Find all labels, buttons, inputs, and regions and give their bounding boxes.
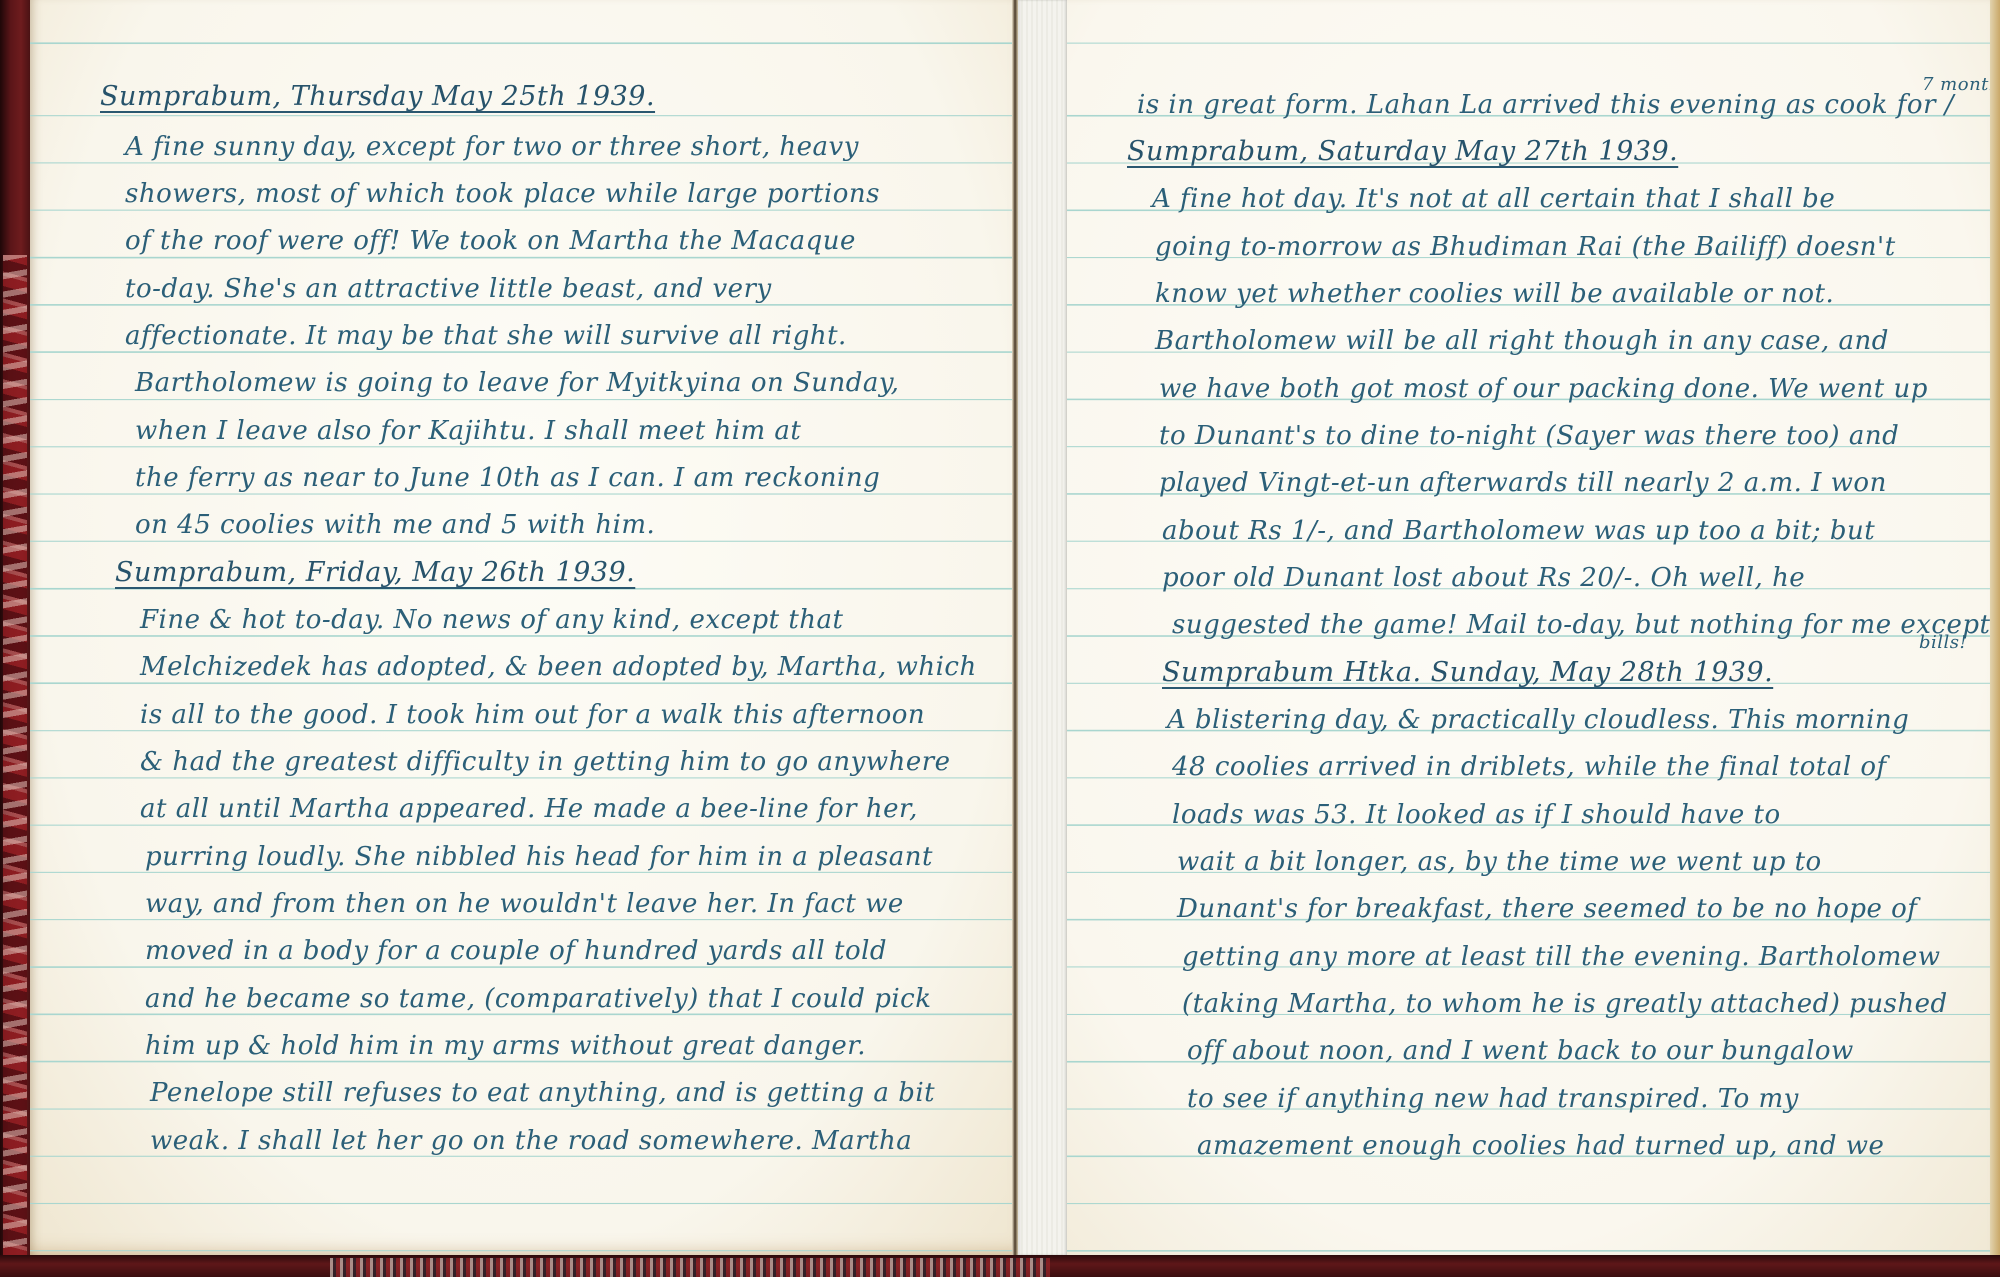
text-line: about Rs 1/-, and Bartholomew was up too…: [1162, 516, 1875, 546]
text-line: showers, most of which took place while …: [125, 179, 880, 209]
text-line: way, and from then on he wouldn't leave …: [145, 889, 904, 919]
binding-tape: [1018, 0, 1067, 1255]
text-line: know yet whether coolies will be availab…: [1155, 279, 1834, 309]
text-line: & had the greatest difficulty in getting…: [140, 747, 951, 777]
text-line: Penelope still refuses to eat anything, …: [150, 1078, 935, 1108]
text-line: purring loudly. She nibbled his head for…: [145, 842, 933, 872]
text-line: moved in a body for a couple of hundred …: [145, 936, 887, 966]
text-line: is in great form. Lahan La arrived this …: [1137, 90, 1954, 120]
text-line: Bartholomew will be all right though in …: [1155, 326, 1889, 356]
text-line: Fine & hot to-day. No news of any kind, …: [140, 605, 843, 635]
text-line: to see if anything new had transpired. T…: [1187, 1084, 1799, 1114]
text-line: when I leave also for Kajihtu. I shall m…: [135, 416, 801, 446]
text-line: poor old Dunant lost about Rs 20/-. Oh w…: [1162, 563, 1805, 593]
right-page: 7 months is in great form. Lahan La arri…: [1067, 0, 2000, 1255]
entry-heading: Sumprabum, Friday, May 26th 1939.: [115, 558, 635, 588]
entry-heading: Sumprabum Htka. Sunday, May 28th 1939.: [1162, 658, 1773, 688]
text-line: and he became so tame, (comparatively) t…: [145, 984, 931, 1014]
text-line: to Dunant's to dine to-night (Sayer was …: [1159, 421, 1899, 451]
trailing-note: bills!: [1919, 628, 1967, 658]
text-line: of the roof were off! We took on Martha …: [125, 226, 856, 256]
text-line: Bartholomew is going to leave for Myitky…: [135, 368, 899, 398]
marbled-endpaper-bottom: [330, 1258, 1050, 1277]
text-line: him up & hold him in my arms without gre…: [145, 1031, 866, 1061]
text-line: Melchizedek has adopted, & been adopted …: [140, 652, 977, 682]
text-line: to-day. She's an attractive little beast…: [125, 274, 772, 304]
text-line: Dunant's for breakfast, there seemed to …: [1177, 894, 1917, 924]
text-line: (taking Martha, to whom he is greatly at…: [1182, 989, 1948, 1019]
text-line: is all to the good. I took him out for a…: [140, 700, 925, 730]
text-line: off about noon, and I went back to our b…: [1187, 1036, 1854, 1066]
text-line: we have both got most of our packing don…: [1159, 374, 1928, 404]
text-line: A fine hot day. It's not at all certain …: [1152, 184, 1835, 214]
text-line: weak. I shall let her go on the road som…: [150, 1126, 912, 1156]
text-line: 48 coolies arrived in driblets, while th…: [1172, 752, 1887, 782]
left-page: Sumprabum, Thursday May 25th 1939. A fin…: [30, 0, 1015, 1255]
entry-heading: Sumprabum, Saturday May 27th 1939.: [1127, 137, 1678, 167]
text-line: getting any more at least till the eveni…: [1182, 942, 1941, 972]
page-edge-right: [1990, 0, 2000, 1255]
text-line: A blistering day, & practically cloudles…: [1167, 705, 1909, 735]
text-line: wait a bit longer, as, by the time we we…: [1177, 847, 1822, 877]
text-line: at all until Martha appeared. He made a …: [140, 794, 918, 824]
text-line: loads was 53. It looked as if I should h…: [1172, 800, 1781, 830]
text-line: A fine sunny day, except for two or thre…: [125, 132, 859, 162]
marbled-endpaper-left: [3, 255, 27, 1255]
text-line: suggested the game! Mail to-day, but not…: [1172, 610, 1990, 640]
text-line: the ferry as near to June 10th as I can.…: [135, 463, 880, 493]
entry-heading: Sumprabum, Thursday May 25th 1939.: [100, 82, 655, 112]
text-line: affectionate. It may be that she will su…: [125, 321, 847, 351]
text-line: going to-morrow as Bhudiman Rai (the Bai…: [1155, 232, 1896, 262]
text-line: on 45 coolies with me and 5 with him.: [135, 510, 655, 540]
text-line: amazement enough coolies had turned up, …: [1197, 1131, 1884, 1161]
text-line: played Vingt-et-un afterwards till nearl…: [1159, 468, 1887, 498]
